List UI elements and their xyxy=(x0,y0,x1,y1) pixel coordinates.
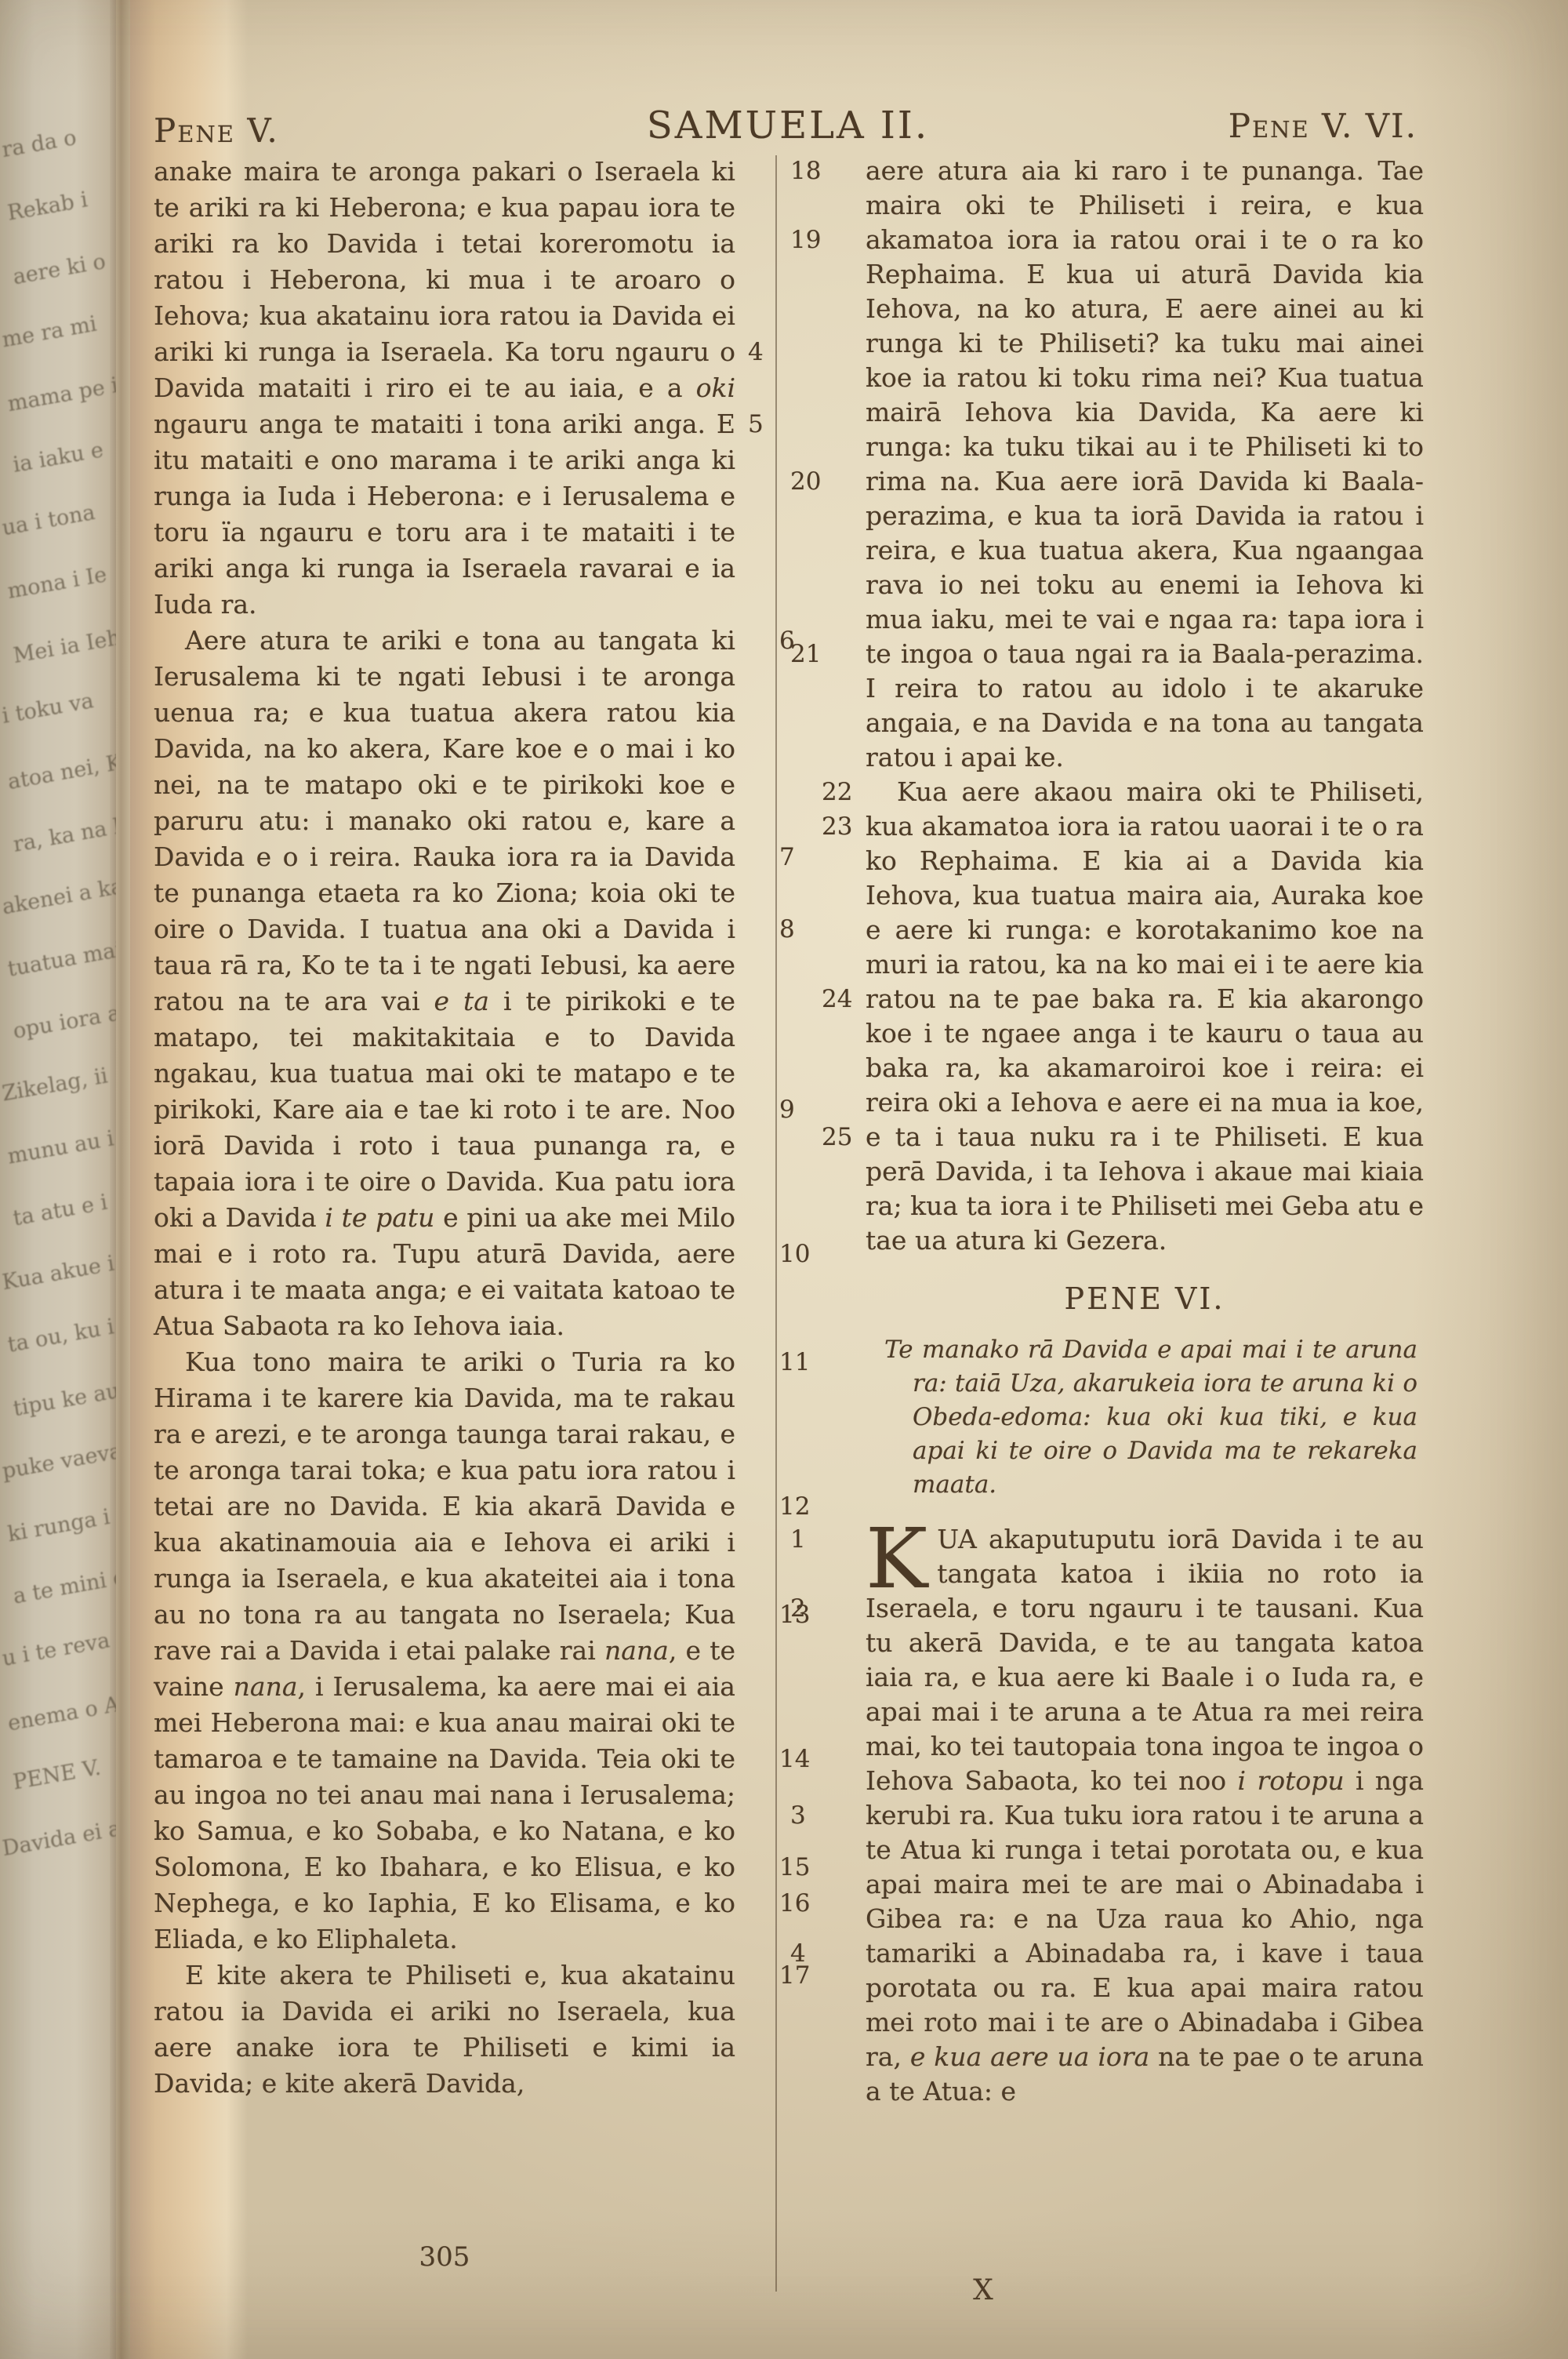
verse-number: 25 xyxy=(790,1120,852,1154)
spine-text-fragment: PENE V. xyxy=(12,1755,103,1794)
verse-number: 21 xyxy=(790,637,821,671)
spine-text-fragment: opu iora a xyxy=(12,1001,116,1044)
spine-text-fragment: enema o Ale xyxy=(6,1689,116,1736)
verse-text: nana xyxy=(604,1635,669,1666)
verse-text: i rotopu xyxy=(1238,1765,1345,1796)
verse-text: E kite akera te Philiseti e, kua akatain… xyxy=(154,1960,735,2099)
book-spine-opposite-page: ra da oRekab iaere ki ome ra mimama pe i… xyxy=(0,0,116,2359)
spine-text-fragment: ki runga i e xyxy=(6,1502,116,1547)
spine-text-fragment: Mei ia Ieho xyxy=(12,623,116,669)
verse-text: Te manako rā Davida e apai mai i te arun… xyxy=(884,1336,1417,1499)
verse-text: Aere atura te ariki e tona au tangata ki… xyxy=(154,625,735,872)
running-head-right-chapter: Pene V. VI. xyxy=(1229,107,1417,145)
verse-number: 10 xyxy=(748,1236,810,1272)
spine-text-fragment: ra, ka na ka xyxy=(12,811,116,857)
running-head: Pene V. SAMUELA II. Pene V. VI. xyxy=(154,104,1422,151)
spine-text-fragment: tipu ke au i xyxy=(12,1376,116,1422)
verse-text: nana xyxy=(234,1671,298,1702)
running-head-left-chapter: Pene V. xyxy=(154,111,279,150)
spine-text-fragment: mama pe i xyxy=(6,373,116,416)
spine-text-fragment: ta ou, ku i xyxy=(6,1314,116,1358)
verse-text: aere atura aia ki raro i te punanga. xyxy=(866,155,1377,186)
verse-text: ra ko Rephaima. E kua ui aturā Davida ki… xyxy=(866,224,1424,496)
verse-number: 8 xyxy=(748,911,795,947)
verse-number: 3 xyxy=(790,1798,806,1833)
verse-text: i te patu xyxy=(325,1202,434,1233)
spine-text-fragment: u i te reva xyxy=(1,1628,111,1671)
drop-cap-initial: K xyxy=(866,1522,937,1591)
spine-text-fragment: me ra mi xyxy=(1,312,99,353)
verse-number: 2 xyxy=(790,1591,806,1626)
verse-paragraph: 6Aere atura te ariki e tona au tangata k… xyxy=(154,623,735,1344)
verse-text: e ta xyxy=(434,986,489,1016)
verse-number: 6 xyxy=(748,623,795,659)
spine-text-fragment: akenei a ka xyxy=(1,874,116,920)
spine-text-fragment: Rekab i xyxy=(6,187,89,226)
verse-number: 20 xyxy=(790,464,821,499)
spine-text-fragment: ra da o xyxy=(1,125,78,162)
verse-number: 12 xyxy=(748,1488,810,1525)
verse-number: 9 xyxy=(748,1092,795,1128)
verse-number: 4 xyxy=(790,1936,806,1971)
spine-text-fragment: Kua akue i xyxy=(1,1252,116,1296)
verse-paragraph: 17E kite akera te Philiseti e, kua akata… xyxy=(154,1957,735,2102)
verse-number: 16 xyxy=(748,1885,810,1921)
verse-number: 5 xyxy=(748,406,764,442)
verse-number: 23 xyxy=(790,809,852,844)
spine-text-fragment: i toku va xyxy=(1,689,96,729)
verse-number: 18 xyxy=(790,154,821,188)
running-head-book-title: SAMUELA II. xyxy=(647,104,929,147)
spine-text-fragment: tuatua mai xyxy=(6,937,116,981)
page-number: 305 xyxy=(154,2241,735,2273)
verse-text: anake maira te aronga pakari o Iseraela … xyxy=(154,156,735,367)
verse-text: e ta i taua nuku ra i te Philiseti. E ku… xyxy=(866,1121,1424,1256)
verse-text: e kua aere ua iora xyxy=(910,2041,1149,2072)
text-column-right: aere atura aia ki raro i te punanga. 18T… xyxy=(866,154,1424,2109)
spine-text-fragment: Zikelag, ii xyxy=(1,1063,110,1106)
chapter-summary: Te manako rā Davida e apai mai i te arun… xyxy=(866,1333,1424,1502)
text-column-left: anake maira te aronga pakari o Iseraela … xyxy=(154,154,735,2102)
book-page-scan: ra da oRekab iaere ki ome ra mimama pe i… xyxy=(0,0,1568,2359)
spine-text-fragment: aere ki o xyxy=(12,249,107,289)
printer-signature-mark: X xyxy=(866,2274,1101,2306)
verse-number: 14 xyxy=(748,1741,810,1777)
verse-text: ngauru anga te mataiti i tona ariki anga… xyxy=(154,409,717,439)
spine-text-fragment: ta atu e i xyxy=(12,1190,109,1231)
chapter-heading: PENE VI. xyxy=(866,1281,1424,1316)
spine-text-fragment: atoa nei, Ka xyxy=(6,748,116,794)
verse-paragraph: 22Kua aere akaou maira oki te Philiseti,… xyxy=(866,775,1424,1258)
verse-number: 1 xyxy=(790,1522,806,1557)
verse-paragraph: 1KUA akaputuputu iorā Davida i te au tan… xyxy=(866,1522,1424,2109)
verse-number: 7 xyxy=(748,839,795,875)
verse-text: UA akaputuputu iorā Davida i te au tanga… xyxy=(866,1524,1424,1623)
spine-text-fragment: Davida ei ar xyxy=(1,1815,116,1862)
verse-paragraph: aere atura aia ki raro i te punanga. 18T… xyxy=(866,154,1424,775)
verse-number: 11 xyxy=(748,1344,810,1380)
verse-number: 19 xyxy=(790,223,821,257)
verse-paragraph: 11Kua tono maira te ariki o Turia ra ko … xyxy=(154,1344,735,1957)
verse-paragraph: anake maira te aronga pakari o Iseraela … xyxy=(154,154,735,623)
verse-number: 22 xyxy=(790,775,852,809)
verse-number: 15 xyxy=(748,1849,810,1885)
verse-number: 4 xyxy=(748,334,764,370)
spine-crease xyxy=(110,0,130,2359)
spine-text-fragment: a te mini o xyxy=(12,1565,116,1609)
verse-text: E itu mataiti e ono marama i te ariki an… xyxy=(154,409,735,620)
verse-number: 24 xyxy=(790,982,852,1016)
spine-text-fragment: ia iaku e xyxy=(12,438,105,478)
spine-text-fragment: munu au i xyxy=(6,1126,115,1169)
verse-text: oki xyxy=(696,373,735,403)
spine-text-fragment: ua i tona xyxy=(1,500,96,541)
spine-text-fragment: mona i Ie xyxy=(6,562,108,604)
spine-text-fragment: puke vaeva xyxy=(1,1439,116,1485)
